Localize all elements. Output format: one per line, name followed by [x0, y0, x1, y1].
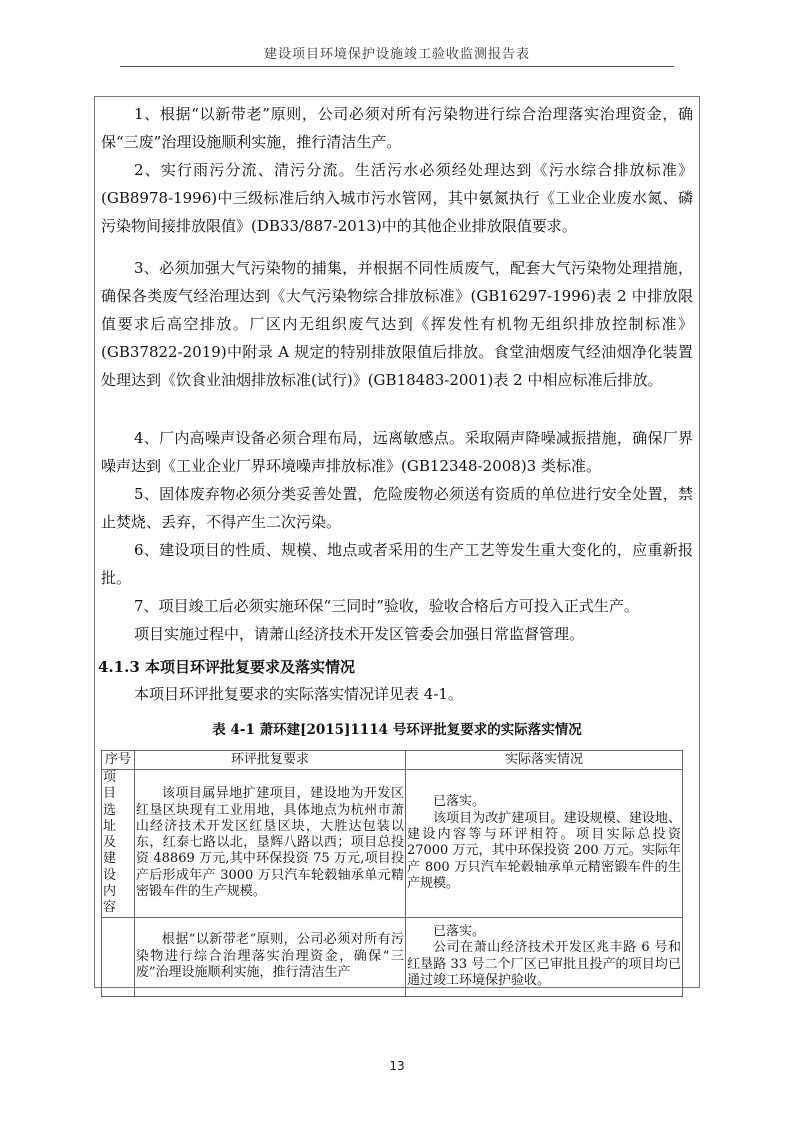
requirement-5: 5、固体废弃物必须分类妥善处置，危险废物必须送有资质的单位进行安全处置，禁止焚烧… — [101, 480, 693, 536]
requirement-2: 2、实行雨污分流、清污分流。生活污水必须经处理达到《污水综合排放标准》(GB89… — [101, 156, 693, 240]
column-header-actual: 实际落实情况 — [405, 751, 682, 770]
approval-compliance-table: 序号 环评批复要求 实际落实情况 项目选址及建设内容 该项目属异地扩建项目，建设… — [101, 750, 683, 997]
page-header-title: 建设项目环境保护设施竣工验收监测报告表 — [0, 43, 794, 62]
requirement-1: 1、根据“以新带老”原则，公司必须对所有污染物进行综合治理落实治理资金，确保“三… — [101, 100, 693, 156]
column-header-seq: 序号 — [102, 751, 135, 770]
table-row: 根据“以新带老”原则，公司必须对所有污染物进行综合治理落实治理资金，确保“三废”… — [102, 917, 683, 996]
row-actual-status: 已落实。 — [407, 924, 681, 940]
table-header-row: 序号 环评批复要求 实际落实情况 — [102, 751, 683, 770]
table-row: 项目选址及建设内容 该项目属异地扩建项目，建设地为开发区红垦区块现有工业用地，具… — [102, 770, 683, 918]
requirement-3: 3、必须加强大气污染物的捕集，并根据不同性质废气，配套大气污染物处理措施，确保各… — [101, 254, 693, 394]
section-intro: 本项目环评批复要求的实际落实情况详见表 4-1。 — [101, 680, 693, 708]
row-actual: 已落实。 该项目为改扩建项目。建设规模、建设地、建设内容等与环评相符。项目实际总… — [405, 770, 682, 918]
row-seq: 项目选址及建设内容 — [102, 770, 135, 918]
requirement-4: 4、厂内高噪声设备必须合理布局，远离敏感点。采取隔声降噪减振措施，确保厂界噪声达… — [101, 424, 693, 480]
section-heading: 4.1.3 本项目环评批复要求及落实情况 — [98, 656, 355, 678]
row-requirement: 根据“以新带老”原则，公司必须对所有污染物进行综合治理落实治理资金，确保“三废”… — [134, 917, 405, 996]
page-number: 13 — [0, 1059, 794, 1073]
row-actual-detail: 该项目为改扩建项目。建设规模、建设地、建设内容等与环评相符。项目实际总投资 27… — [407, 811, 681, 892]
header-divider — [120, 66, 674, 67]
requirement-7: 7、项目竣工后必须实施环保“三同时”验收，验收合格后方可投入正式生产。 — [101, 592, 693, 620]
row-actual-detail: 公司在萧山经济技术开发区兆丰路 6 号和红垦路 33 号二个厂区已审批且投产的项… — [407, 940, 681, 989]
row-actual: 已落实。 公司在萧山经济技术开发区兆丰路 6 号和红垦路 33 号二个厂区已审批… — [405, 917, 682, 996]
row-actual-status: 已落实。 — [407, 794, 681, 810]
column-header-requirement: 环评批复要求 — [134, 751, 405, 770]
requirement-6: 6、建设项目的性质、规模、地点或者采用的生产工艺等发生重大变化的，应重新报批。 — [101, 536, 693, 592]
row-requirement: 该项目属异地扩建项目，建设地为开发区红垦区块现有工业用地，具体地点为杭州市萧山经… — [134, 770, 405, 918]
table-caption: 表 4-1 萧环建[2015]1114 号环评批复要求的实际落实情况 — [0, 718, 794, 738]
row-seq — [102, 917, 135, 996]
supervision-note: 项目实施过程中，请萧山经济技术开发区管委会加强日常监督管理。 — [101, 620, 693, 648]
